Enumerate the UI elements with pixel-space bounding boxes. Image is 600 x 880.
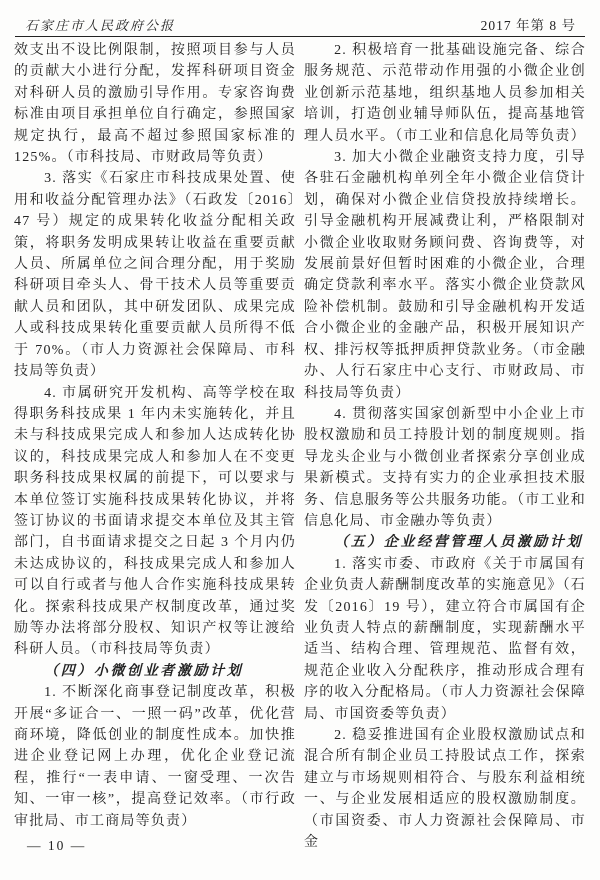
section-heading: （四）小微创业者激励计划 xyxy=(14,661,296,682)
right-text-column: 2. 积极培育一批基础设施完备、综合服务规范、示范带动作用强的小微企业创业创新示… xyxy=(304,40,586,853)
body-paragraph: 4. 贯彻落实国家创新型中小企业上市股权激励和员工持股计划的制度规则。指导龙头企… xyxy=(304,404,586,532)
body-paragraph: 3. 加大小微企业融资支持力度，引导各驻石金融机构单列全年小微企业信贷计划，确保… xyxy=(304,147,586,404)
body-paragraph: 1. 落实市委、市政府《关于市属国有企业负责人薪酬制度改革的实施意见》（石发〔2… xyxy=(304,554,586,725)
body-paragraph: 1. 不断深化商事登记制度改革，积极开展“多证合一、一照一码”改革，优化营商环境… xyxy=(14,682,296,832)
section-heading: （五）企业经营管理人员激励计划 xyxy=(304,532,586,553)
body-paragraph: 2. 稳妥推进国有企业股权激励试点和混合所有制企业员工持股试点工作，探索建立与市… xyxy=(304,725,586,853)
issue-number: 2017 年第 8 号 xyxy=(481,14,576,34)
gazette-page: 石家庄市人民政府公报 2017 年第 8 号 效支出不设比例限制，按照项目参与人… xyxy=(0,0,600,880)
body-paragraph: 4. 市属研究开发机构、高等学校在取得职务科技成果 1 年内未实施转化，并且未与… xyxy=(14,383,296,661)
body-paragraph: 3. 落实《石家庄市科技成果处置、使用和收益分配管理办法》（石政发〔2016〕4… xyxy=(14,168,296,382)
header-rule xyxy=(15,36,585,37)
left-text-column: 效支出不设比例限制，按照项目参与人员的贡献大小进行分配，发挥科研项目资金对科研人… xyxy=(14,40,296,832)
body-paragraph: 效支出不设比例限制，按照项目参与人员的贡献大小进行分配，发挥科研项目资金对科研人… xyxy=(14,40,296,168)
body-paragraph: 2. 积极培育一批基础设施完备、综合服务规范、示范带动作用强的小微企业创业创新示… xyxy=(304,40,586,147)
journal-title: 石家庄市人民政府公报 xyxy=(25,15,175,34)
page-number: — 10 — xyxy=(27,838,86,854)
